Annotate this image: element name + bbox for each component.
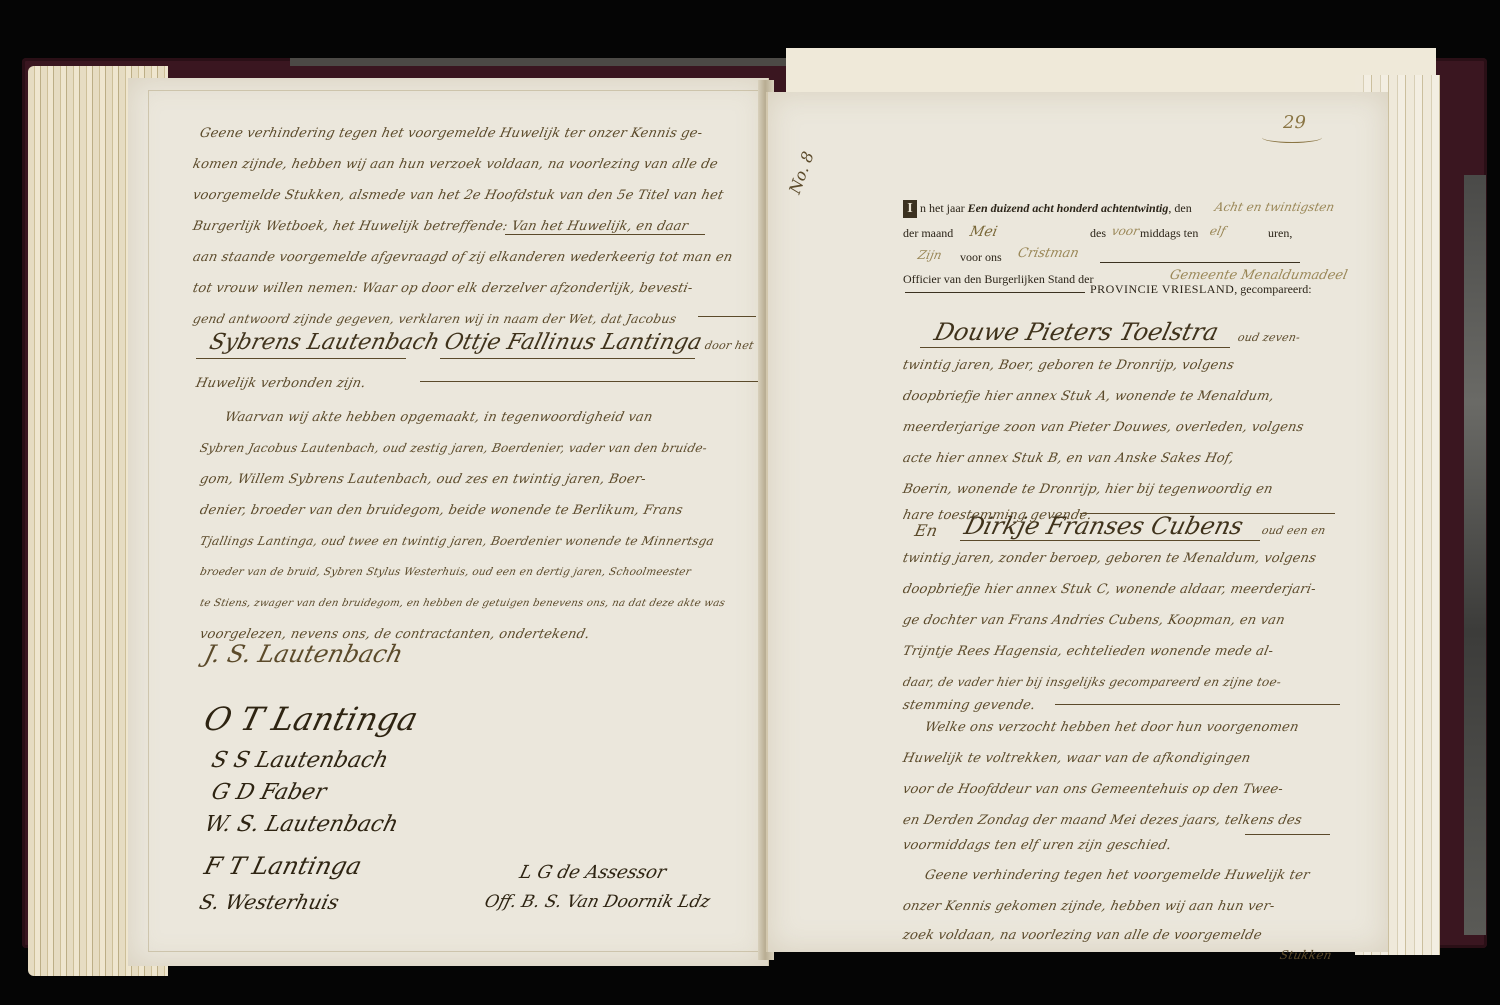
left-line-3: voorgemelde Stukken, alsmede van het 2e … xyxy=(190,180,727,211)
line-fill-bride xyxy=(1055,704,1340,705)
underline-groom xyxy=(196,358,406,359)
filled-voor: voor xyxy=(1111,224,1141,238)
witness-line-2: Sybren Jacobus Lautenbach, oud zestig ja… xyxy=(197,433,710,464)
printed-officier: Officier van den Burgerlijken Stand der xyxy=(903,272,1094,287)
left-line-4: Burgerlijk Wetboek, het Huwelijk betreff… xyxy=(190,211,692,242)
signature-officier: Off. B. S. Van Doornik Ldz xyxy=(483,892,713,912)
closing-line-7: onzer Kennis gekomen zijnde, hebben wij … xyxy=(900,891,1278,922)
left-line-2: komen zijnde, hebben wij aan hun verzoek… xyxy=(190,149,721,180)
groom-line-3: doopbriefje hier annex Stuk A, wonende t… xyxy=(900,381,1278,412)
left-door-het: door het xyxy=(702,330,757,361)
filled-municipality: Gemeente Menaldumadeel xyxy=(1168,268,1348,283)
printed-der-maand: der maand xyxy=(903,226,953,241)
groom-line-4: meerderjarige zoon van Pieter Douwes, ov… xyxy=(900,412,1307,443)
printed-province: PROVINCIE VRIESLAND, gecompareerd: xyxy=(1090,282,1312,297)
witness-line-5: Tjallings Lantinga, oud twee en twintig … xyxy=(197,526,717,557)
printed-intro: n het jaar Een duizend acht honderd acht… xyxy=(920,201,1192,216)
closing-line-3: voor de Hoofddeur van ons Gemeentehuis o… xyxy=(900,774,1286,805)
underline-van-het-huwelijk xyxy=(505,234,705,235)
bride-line-3: doopbriefje hier annex Stuk C, wonende a… xyxy=(900,574,1319,605)
groom-line-2: twintig jaren, Boer, geboren te Dronrijp… xyxy=(900,350,1237,381)
underline-jacobus xyxy=(698,316,756,317)
right-groom-name: Douwe Pieters Toelstra xyxy=(932,318,1222,346)
cover-marbled-edge-right xyxy=(1464,175,1486,935)
filled-official: Cristman xyxy=(1016,246,1080,261)
underline-right-groom xyxy=(920,347,1230,348)
witness-line-7: te Stiens, zwager van den bruidegom, en … xyxy=(197,588,728,619)
underline-right-bride xyxy=(960,540,1260,541)
line-fill-closing xyxy=(1245,834,1330,835)
left-verbonden: Huwelijk verbonden zijn. xyxy=(193,368,369,399)
witness-line-4: denier, broeder van den bruidegom, beide… xyxy=(197,495,686,526)
printed-voor-ons: voor ons xyxy=(960,250,1002,265)
printed-gecompareerd: , gecompareerd: xyxy=(1234,282,1311,296)
printed-provincie-vriesland: PROVINCIE VRIESLAND xyxy=(1090,282,1234,296)
bride-line-1: oud een en xyxy=(1259,515,1329,546)
signature-s-westerhuis: S. Westerhuis xyxy=(197,890,342,914)
signature-gd-faber: G D Faber xyxy=(209,780,329,805)
underline-bride xyxy=(440,358,695,359)
left-line-5: aan staande voorgemelde afgevraagd of zi… xyxy=(190,242,736,273)
printed-in-het-jaar: n het jaar xyxy=(920,201,965,215)
signature-ss-lautenbach: S S Lautenbach xyxy=(209,748,391,773)
right-bride-name: Dirkje Franses Cubens xyxy=(962,512,1247,540)
closing-catchword: Stukken xyxy=(1277,940,1335,971)
form-line-official xyxy=(1100,262,1300,263)
form-line-province xyxy=(905,292,1085,293)
filled-zijn: Zijn xyxy=(917,248,944,262)
drop-cap-initial: I xyxy=(903,200,917,218)
left-groom-name: Sybrens Lautenbach xyxy=(207,330,442,355)
folio-flourish xyxy=(1262,132,1322,143)
bride-line-5: Trijntje Rees Hagensia, echtelieden wone… xyxy=(900,636,1277,667)
witness-line-1: Waarvan wij akte hebben opgemaakt, in te… xyxy=(222,402,656,433)
filled-hour: elf xyxy=(1209,224,1227,238)
closing-line-8: zoek voldaan, na voorlezing van alle de … xyxy=(900,920,1265,951)
filled-day: Acht en twintigsten xyxy=(1214,200,1336,214)
groom-line-5: acte hier annex Stuk B, en van Anske Sak… xyxy=(900,443,1237,474)
bride-line-2: twintig jaren, zonder beroep, geboren te… xyxy=(900,543,1320,574)
witness-line-3: gom, Willem Sybrens Lautenbach, oud zes … xyxy=(197,464,649,495)
printed-middags-ten: middags ten xyxy=(1140,226,1198,241)
signature-js-lautenbach: J. S. Lautenbach xyxy=(202,640,406,668)
printed-uren: uren, xyxy=(1268,226,1292,241)
printed-den: , den xyxy=(1168,201,1191,215)
left-line-6: tot vrouw willen nemen: Waar op door elk… xyxy=(190,273,696,304)
signature-ws-lautenbach: W. S. Lautenbach xyxy=(202,812,401,837)
closing-line-2: Huwelijk te voltrekken, waar van de afko… xyxy=(900,743,1254,774)
groom-line-1: oud zeven- xyxy=(1235,322,1304,353)
folio-number: 29 xyxy=(1283,112,1306,133)
witness-line-6: broeder van de bruid, Sybren Stylus West… xyxy=(197,557,694,588)
signature-assessor: L G de Assessor xyxy=(517,862,668,883)
closing-line-5: voormiddags ten elf uren zijn geschied. xyxy=(900,830,1175,861)
filled-month: Mei xyxy=(968,224,999,240)
printed-des: des xyxy=(1090,226,1106,241)
signature-ot-lantinga: O T Lantinga xyxy=(200,700,422,738)
bride-line-4: ge dochter van Frans Andries Cubens, Koo… xyxy=(900,605,1288,636)
left-line-1: Geene verhindering tegen het voorgemelde… xyxy=(197,118,706,149)
closing-line-6: Geene verhindering tegen het voorgemelde… xyxy=(922,860,1313,891)
left-bride-name: Ottje Fallinus Lantinga xyxy=(442,330,705,355)
signature-ft-lantinga: F T Lantinga xyxy=(202,852,365,880)
closing-line-1: Welke ons verzocht hebben het door hun v… xyxy=(922,712,1302,743)
printed-year: Een duizend acht honderd achtentwintig xyxy=(968,201,1169,215)
line-fill-verbonden xyxy=(420,381,760,382)
